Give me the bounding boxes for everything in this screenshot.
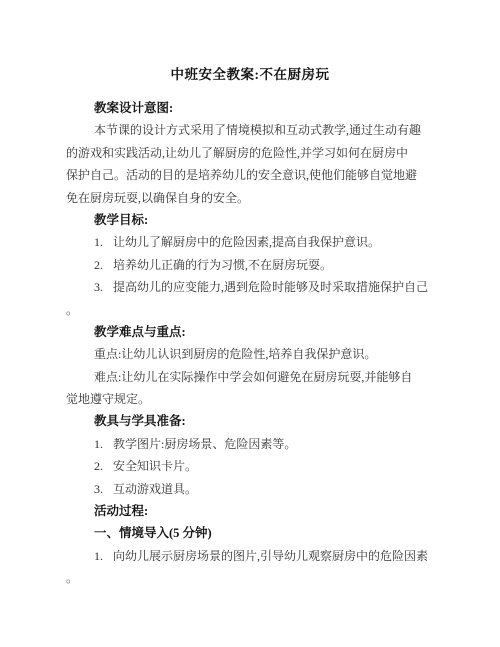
list-item-number: 3. — [94, 276, 113, 298]
section-heading: 教具与学具准备: — [66, 410, 438, 432]
paragraph-line: 难点:让幼儿在实际操作中学会如何避免在厨房玩耍,并能够自 — [66, 366, 438, 388]
paragraph-line: 免在厨房玩耍,以确保自身的安全。 — [66, 187, 438, 209]
list-item-text: 向幼儿展示厨房场景的图片,引导幼儿观察厨房中的危险因素 — [113, 549, 428, 563]
section-heading: 教学难点与重点: — [66, 321, 438, 343]
list-item-line: 1.教学图片:厨房场景、危险因素等。 — [66, 433, 438, 455]
list-item-text: 安全知识卡片。 — [113, 459, 197, 473]
list-item-number: 3. — [94, 478, 113, 500]
paragraph-line: 。 — [66, 299, 438, 321]
paragraph-line: 保护自己。活动的目的是培养幼儿的安全意识,使他们能够自觉地避 — [66, 164, 438, 186]
paragraph-line: 觉地遵守规定。 — [66, 388, 438, 410]
list-item-line: 3.互动游戏道具。 — [66, 478, 438, 500]
list-item-line: 2.培养幼儿正确的行为习惯,不在厨房玩耍。 — [66, 254, 438, 276]
list-item-line: 1.向幼儿展示厨房场景的图片,引导幼儿观察厨房中的危险因素 — [66, 545, 438, 567]
document-body: 教案设计意图:本节课的设计方式采用了情境模拟和互动式教学,通过生动有趣的游戏和实… — [66, 97, 438, 590]
paragraph-line: 本节课的设计方式采用了情境模拟和互动式教学,通过生动有趣 — [66, 119, 438, 141]
section-heading: 活动过程: — [66, 500, 438, 522]
list-item-number: 1. — [94, 231, 113, 253]
document-page: 中班安全教案:不在厨房玩 教案设计意图:本节课的设计方式采用了情境模拟和互动式教… — [0, 0, 500, 647]
list-item-number: 2. — [94, 455, 113, 477]
section-heading: 教学目标: — [66, 209, 438, 231]
list-item-number: 2. — [94, 254, 113, 276]
paragraph-line: 的游戏和实践活动,让幼儿了解厨房的危险性,并学习如何在厨房中 — [66, 142, 438, 164]
list-item-text: 提高幼儿的应变能力,遇到危险时能够及时采取措施保护自己 — [113, 280, 428, 294]
document-title: 中班安全教案:不在厨房玩 — [0, 64, 500, 86]
paragraph-line: 重点:让幼儿认识到厨房的危险性,培养自我保护意识。 — [66, 343, 438, 365]
list-item-line: 2.安全知识卡片。 — [66, 455, 438, 477]
list-item-text: 让幼儿了解厨房中的危险因素,提高自我保护意识。 — [113, 235, 380, 249]
list-item-text: 培养幼儿正确的行为习惯,不在厨房玩耍。 — [113, 258, 332, 272]
section-heading: 一、情境导入(5 分钟) — [66, 522, 438, 544]
section-heading: 教案设计意图: — [66, 97, 438, 119]
list-item-text: 教学图片:厨房场景、危险因素等。 — [113, 437, 296, 451]
list-item-line: 1.让幼儿了解厨房中的危险因素,提高自我保护意识。 — [66, 231, 438, 253]
list-item-number: 1. — [94, 545, 113, 567]
list-item-line: 3.提高幼儿的应变能力,遇到危险时能够及时采取措施保护自己 — [66, 276, 438, 298]
list-item-text: 互动游戏道具。 — [113, 482, 197, 496]
list-item-number: 1. — [94, 433, 113, 455]
paragraph-line: 。 — [66, 567, 438, 589]
